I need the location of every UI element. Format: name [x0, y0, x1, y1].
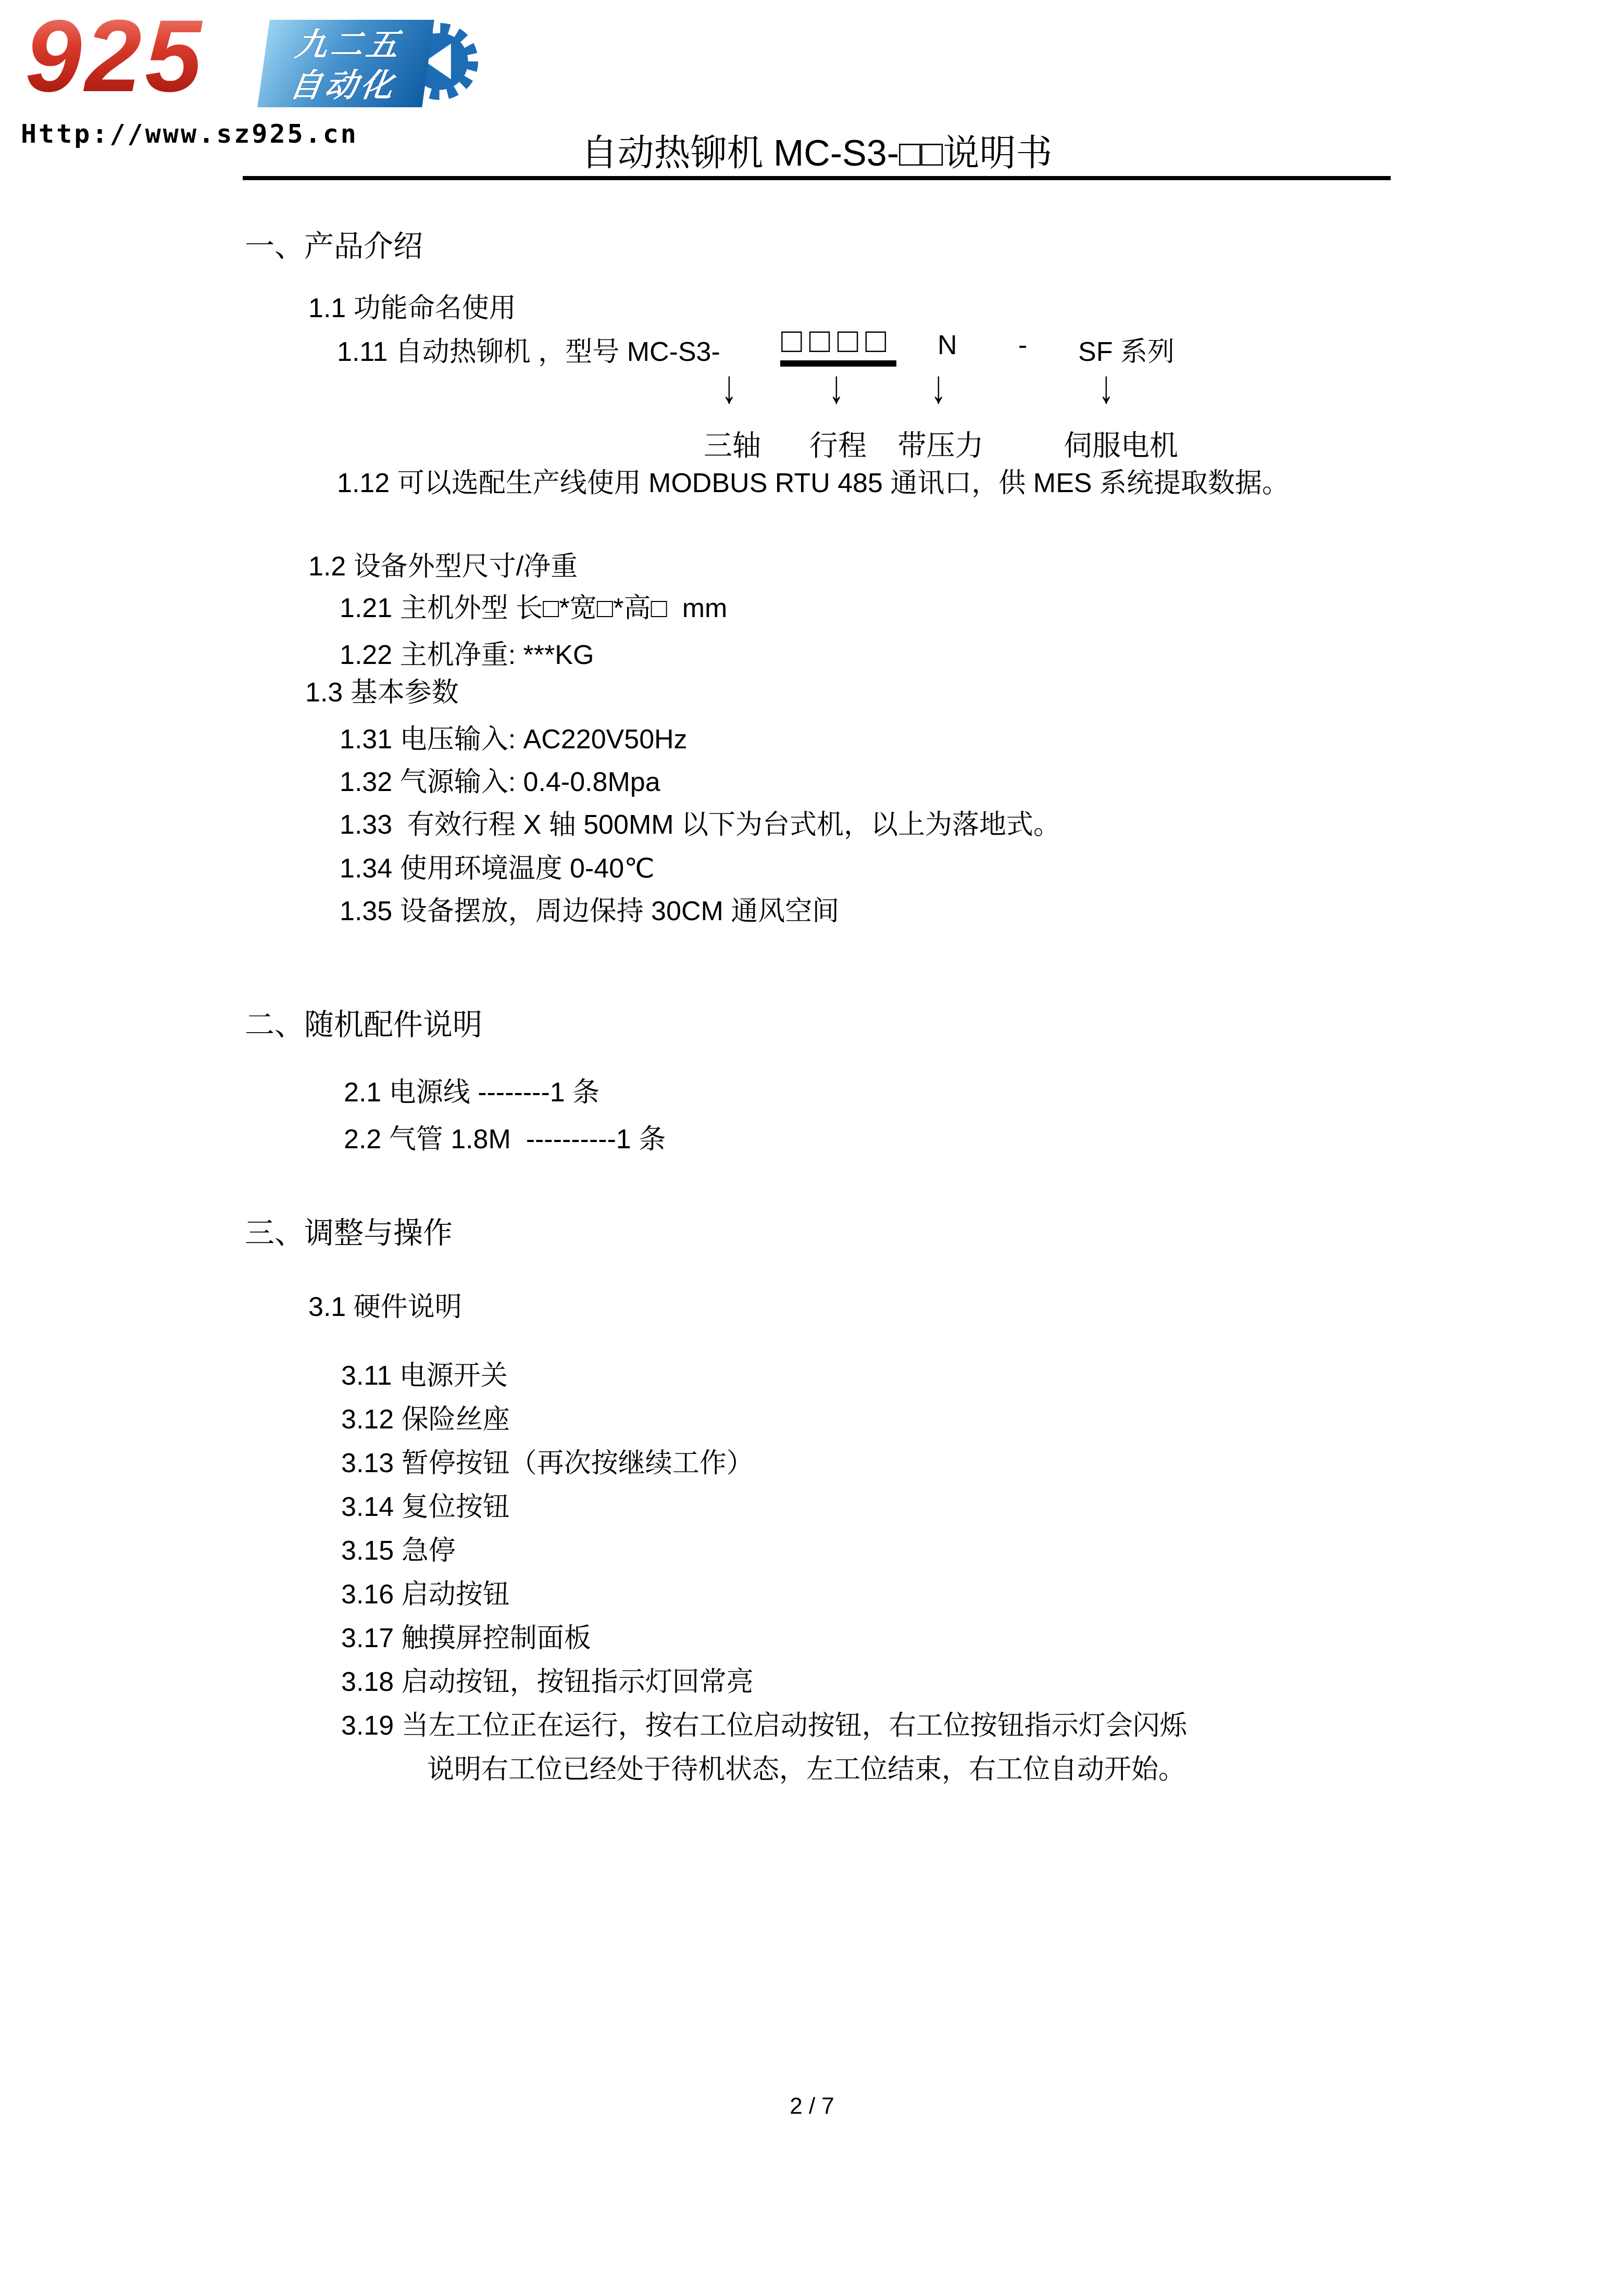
section-3-heading: 三、调整与操作: [245, 1215, 453, 1252]
page-title: 自动热铆机 MC-S3-□□说明书: [243, 124, 1391, 177]
item-3-15: 3.15 急停: [341, 1534, 456, 1568]
model-boxes: □□□□: [780, 321, 896, 367]
model-code-n: N: [938, 330, 957, 361]
arrow-down-icon: ↓: [722, 364, 737, 411]
item-1-2: 1.2 设备外型尺寸/净重: [308, 550, 578, 584]
logo-925-text: 925: [25, 5, 205, 107]
item-1-12: 1.12 可以选配生产线使用 MODBUS RTU 485 通讯口，供 MES …: [337, 467, 1289, 500]
logo-cn-line1: 九二五: [264, 25, 434, 66]
item-1-33: 1.33 有效行程 X 轴 500MM 以下为台式机，以上为落地式。: [340, 808, 1060, 842]
item-3-14: 3.14 复位按钮: [341, 1490, 510, 1524]
model-label-stroke: 行程: [809, 422, 867, 463]
item-3-18: 3.18 启动按钮，按钮指示灯回常亮: [341, 1665, 754, 1699]
item-1-1: 1.1 功能命名使用: [308, 292, 516, 325]
item-3-13: 3.13 暂停按钮（再次按继续工作）: [341, 1447, 754, 1481]
item-1-31: 1.31 电压输入: AC220V50Hz: [340, 723, 688, 757]
item-1-3: 1.3 基本参数: [305, 676, 459, 710]
model-prefix: 1.11 自动热铆机 ，型号 MC-S3-: [337, 330, 720, 369]
section-1-heading: 一、产品介绍: [245, 228, 423, 265]
logo-badge: 九二五 自动化: [257, 20, 434, 107]
model-code-dash: -: [1018, 330, 1027, 361]
model-label-servo: 伺服电机: [1064, 422, 1178, 463]
arrow-down-icon: ↓: [1099, 364, 1114, 411]
model-naming-diagram: 1.11 自动热铆机 ，型号 MC-S3- □□□□ N - SF 系列 ↓ ↓…: [0, 330, 1624, 466]
model-label-axes: 三轴: [704, 422, 761, 463]
item-2-2: 2.2 气管 1.8M ----------1 条: [344, 1123, 666, 1157]
model-label-pressure: 带压力: [897, 422, 983, 463]
section-2-heading: 二、随机配件说明: [245, 1007, 482, 1044]
arrow-down-icon: ↓: [829, 364, 844, 411]
item-1-35: 1.35 设备摆放，周边保持 30CM 通风空间: [340, 895, 839, 929]
item-3-19-cont: 说明右工位已经处于待机状态，左工位结束，右工位自动开始。: [427, 1753, 1185, 1787]
item-3-16: 3.16 启动按钮: [341, 1578, 510, 1612]
item-1-22: 1.22 主机净重: ***KG: [340, 638, 594, 672]
item-1-21: 1.21 主机外型 长□*宽□*高□ mm: [340, 592, 727, 625]
footer-page-number: 2 / 7: [0, 2093, 1624, 2119]
item-1-34: 1.34 使用环境温度 0-40℃: [340, 852, 655, 886]
title-divider: [243, 176, 1391, 180]
manual-page: 925 九二五 自动化 Http://www.sz925.cn 自动热铆机 MC…: [0, 0, 1624, 2296]
item-1-32: 1.32 气源输入: 0.4-0.8Mpa: [340, 766, 660, 799]
item-3-1: 3.1 硬件说明: [308, 1290, 462, 1324]
arrow-down-icon: ↓: [931, 364, 946, 411]
item-3-19: 3.19 当左工位正在运行，按右工位启动按钮，右工位按钮指示灯会闪烁: [341, 1709, 1187, 1743]
item-3-12: 3.12 保险丝座: [341, 1403, 510, 1437]
model-code-sf: SF 系列: [1078, 330, 1175, 369]
item-3-11: 3.11 电源开关: [341, 1359, 508, 1393]
item-3-17: 3.17 触摸屏控制面板: [341, 1622, 591, 1655]
logo-cn-line2: 自动化: [258, 66, 428, 106]
item-2-1: 2.1 电源线 --------1 条: [344, 1076, 599, 1110]
